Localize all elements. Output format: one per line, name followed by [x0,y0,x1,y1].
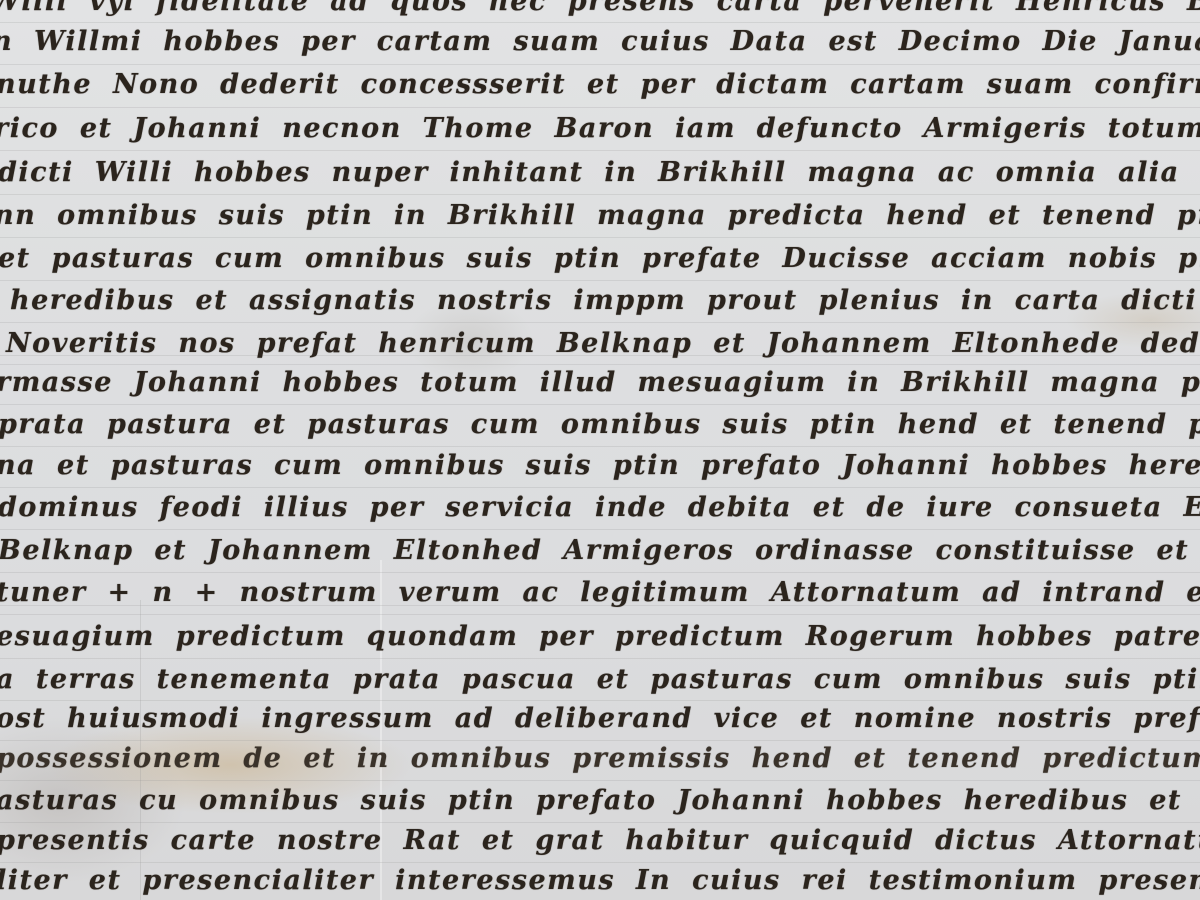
ruling-line [0,487,1200,488]
manuscript-line-12: na et pasturas cum omnibus suis ptin pre… [0,450,1200,481]
ruling-line [0,364,1200,365]
ruling-line [0,740,1200,741]
manuscript-line-7: et pasturas cum omnibus suis ptin prefat… [0,243,1200,274]
ruling-line [0,446,1200,447]
manuscript-line-8: heredibus et assignatis nostris imppm pr… [10,285,1200,316]
ruling-line [0,862,1200,863]
ruling-line [0,150,1200,151]
ruling-line [0,822,1200,823]
manuscript-line-6: nn omnibus suis ptin in Brikhill magna p… [0,200,1200,231]
ruling-line [0,64,1200,65]
manuscript-line-16: esuagium predictum quondam per predictum… [0,621,1200,652]
manuscript-line-17: a terras tenementa prata pascua et pastu… [0,664,1200,695]
manuscript-line-22: liter et presencialiter interessemus In … [0,865,1200,896]
manuscript-line-3: nuthe Nono dederit concessserit et per d… [0,69,1200,100]
manuscript-line-13: dominus feodi illius per servicia inde d… [0,492,1200,523]
ruling-line [0,22,1200,23]
manuscript-line-20: asturas cu omnibus suis ptin prefato Joh… [0,785,1200,816]
manuscript-parchment: Willi vyi fidelitate ad quos hec presens… [0,0,1200,900]
ruling-line [0,237,1200,238]
ruling-line [0,194,1200,195]
manuscript-line-11: prata pastura et pasturas cum omnibus su… [0,409,1200,440]
ruling-line [0,780,1200,781]
manuscript-line-10: rmasse Johanni hobbes totum illud mesuag… [0,367,1200,398]
manuscript-line-18: ost huiusmodi ingressum ad deliberand vi… [0,703,1200,734]
ruling-line [0,614,1200,615]
ruling-line [0,404,1200,405]
manuscript-line-14: Belknap et Johannem Eltonhed Armigeros o… [0,535,1200,566]
manuscript-line-19: possessionem de et in omnibus premissis … [0,743,1200,774]
ruling-line [0,280,1200,281]
manuscript-line-21: presentis carte nostre Rat et grat habit… [0,825,1200,856]
manuscript-line-9: Noveritis nos prefat henricum Belknap et… [6,328,1200,359]
manuscript-line-5: dicti Willi hobbes nuper inhitant in Bri… [0,157,1200,188]
manuscript-line-1: Willi vyi fidelitate ad quos hec presens… [0,0,1200,17]
manuscript-line-2: n Willmi hobbes per cartam suam cuius Da… [0,26,1200,57]
manuscript-line-4: rico et Johanni necnon Thome Baron iam d… [0,113,1200,144]
ruling-line [0,529,1200,530]
ruling-line [0,700,1200,701]
ruling-line [0,322,1200,323]
ruling-line [0,107,1200,108]
ruling-line [0,572,1200,573]
ruling-line [0,658,1200,659]
manuscript-line-15: tuner + n + nostrum verum ac legitimum A… [0,577,1200,608]
